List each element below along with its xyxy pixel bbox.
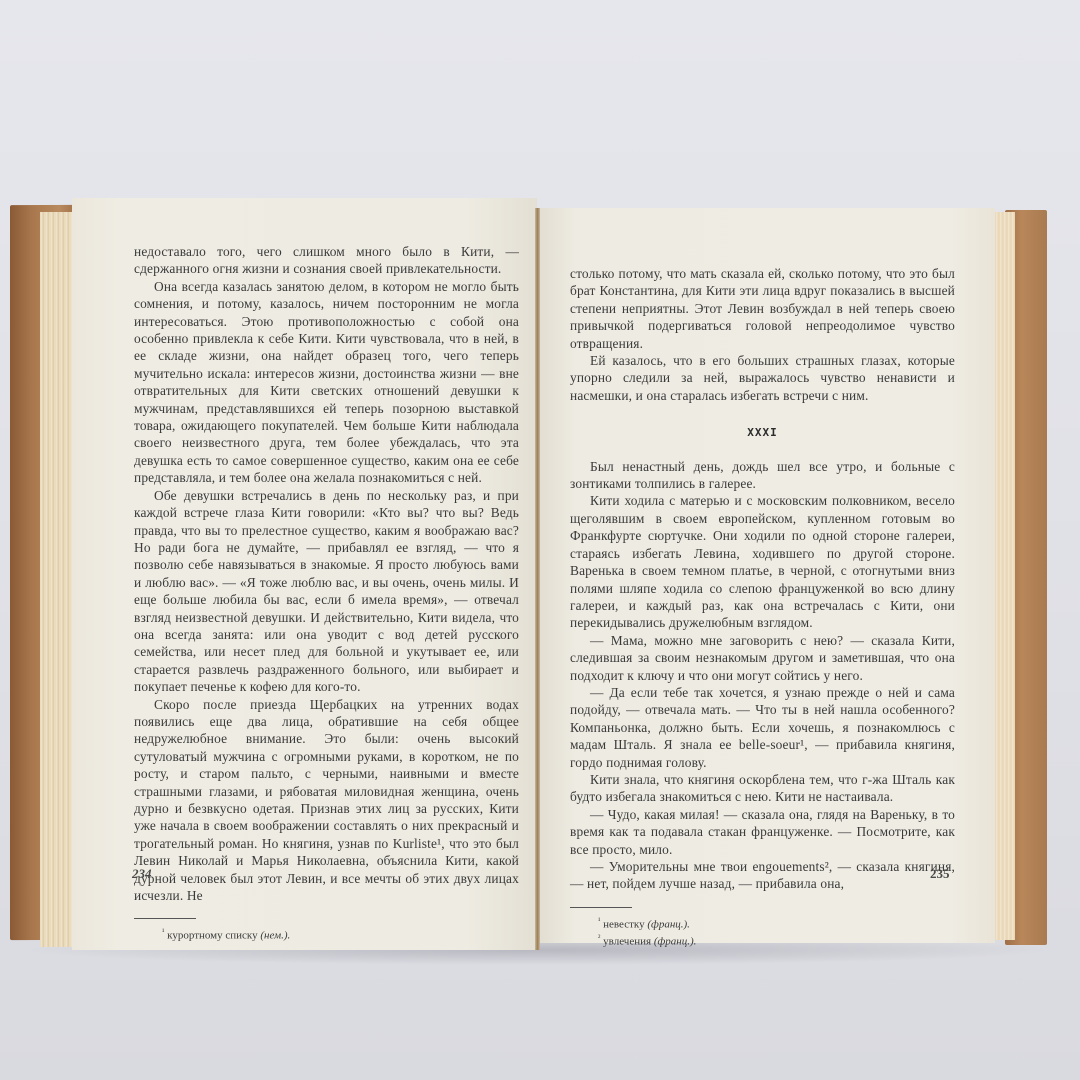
paragraph: столько потому, что мать сказала ей, ско… [570,265,955,352]
paragraph: недоставало того, чего слишком много был… [134,243,519,278]
footnote-mark: ¹ [598,916,600,925]
footnote-text: увлечения [603,936,651,948]
paragraph: — Уморительны мне твои engouements², — с… [570,858,955,893]
page-number-left: 234 [132,866,152,882]
paragraph: Обе девушки встречались в день по нескол… [134,487,519,696]
paragraph: — Чудо, какая милая! — сказала она, гляд… [570,806,955,858]
footnote-text: невестку [603,918,644,930]
footnote-lang: (франц.). [647,918,690,930]
footnote-mark: ¹ [162,927,164,936]
footnote-text: курортному списку [167,930,257,942]
paragraph: — Мама, можно мне заговорить с нею? — ск… [570,632,955,684]
footnote: ² увлечения (франц.). [570,931,955,949]
paragraph: Кити ходила с матерью и с московским пол… [570,492,955,631]
paragraph: Она всегда казалась занятою делом, в кот… [134,278,519,487]
paragraph: Кити знала, что княгиня оскорблена тем, … [570,771,955,806]
footnote-rule [134,918,196,919]
right-page: столько потому, что мать сказала ей, ско… [540,208,995,943]
left-page-text: недоставало того, чего слишком много был… [134,243,519,904]
paragraph: — Да если тебе так хочется, я узнаю преж… [570,684,955,771]
paragraph: Ей казалось, что в его больших страшных … [570,352,955,404]
paragraph: Был ненастный день, дождь шел все утро, … [570,458,955,493]
footnote: ¹ невестку (франц.). [570,914,955,932]
page-number-right: 235 [930,866,950,882]
footnote: ¹ курортному списку (нем.). [134,925,519,943]
footnote-lang: (нем.). [260,930,290,942]
right-page-text: столько потому, что мать сказала ей, ско… [570,265,955,893]
footnote-lang: (франц.). [654,936,697,948]
chapter-heading: XXXI [570,424,955,441]
footnote-mark: ² [598,933,600,942]
footnote-rule [570,907,632,908]
paragraph: Скоро после приезда Щербацких на утренни… [134,696,519,905]
left-page: недоставало того, чего слишком много был… [72,198,537,950]
